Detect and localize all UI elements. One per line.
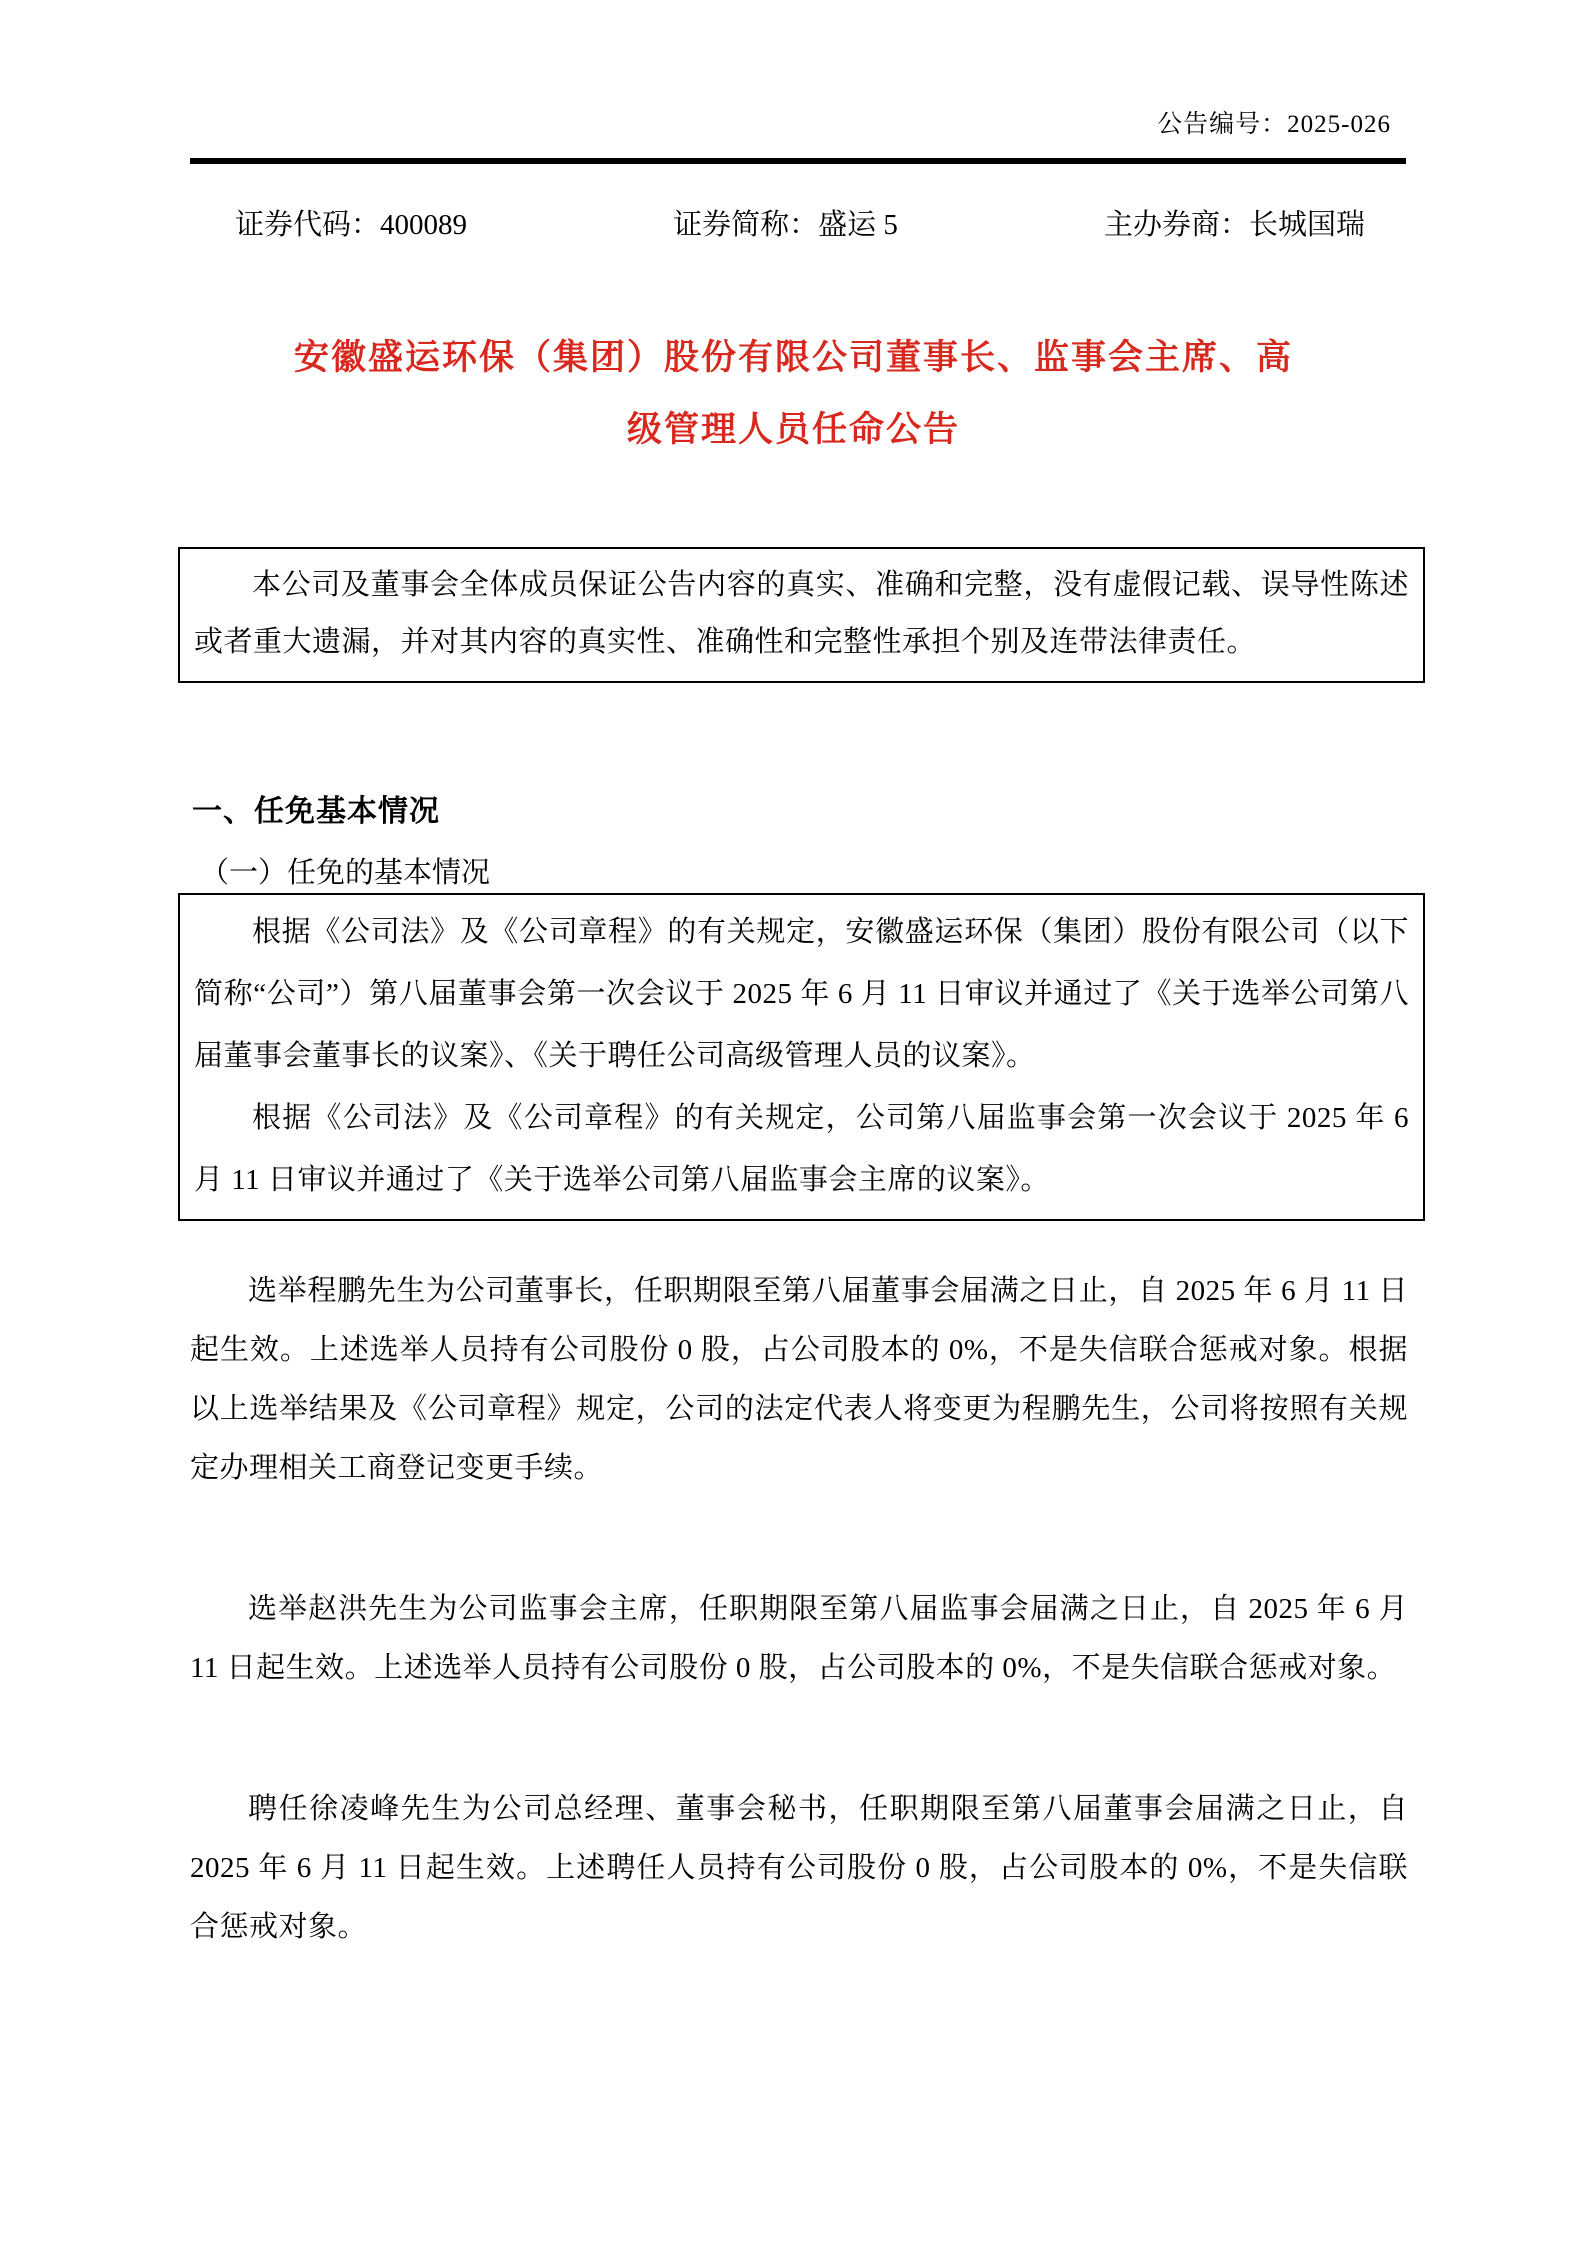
stock-short-name: 证券简称：盛运 5 bbox=[673, 202, 898, 243]
disclaimer-box: 本公司及董事会全体成员保证公告内容的真实、准确和完整，没有虚假记载、误导性陈述或… bbox=[178, 547, 1425, 683]
paragraph-chairman-election: 选举程鹏先生为公司董事长，任职期限至第八届董事会届满之日止，自 2025 年 6… bbox=[190, 1262, 1408, 1498]
body-paragraphs: 选举程鹏先生为公司董事长，任职期限至第八届董事会届满之日止，自 2025 年 6… bbox=[190, 1262, 1408, 1957]
announcement-page: 公告编号：2025-026 证券代码：400089 证券简称：盛运 5 主办券商… bbox=[0, 0, 1587, 2245]
resolution-box: 根据《公司法》及《公司章程》的有关规定，安徽盛运环保（集团）股份有限公司（以下简… bbox=[178, 893, 1425, 1221]
resolution-paragraph-supervisory: 根据《公司法》及《公司章程》的有关规定，公司第八届监事会第一次会议于 2025 … bbox=[194, 1087, 1409, 1211]
lead-broker: 主办券商：长城国瑞 bbox=[1104, 202, 1365, 243]
stock-code: 证券代码：400089 bbox=[235, 202, 467, 243]
document-title-line-2: 级管理人员任命公告 bbox=[90, 394, 1497, 466]
section-subheading: （一）任免的基本情况 bbox=[200, 850, 490, 891]
header-divider bbox=[190, 158, 1406, 164]
resolution-paragraph-board: 根据《公司法》及《公司章程》的有关规定，安徽盛运环保（集团）股份有限公司（以下简… bbox=[194, 901, 1409, 1087]
document-title: 安徽盛运环保（集团）股份有限公司董事长、监事会主席、高 级管理人员任命公告 bbox=[90, 322, 1497, 466]
announcement-number: 公告编号：2025-026 bbox=[1157, 104, 1391, 140]
section-heading: 一、任免基本情况 bbox=[192, 786, 440, 830]
disclaimer-text: 本公司及董事会全体成员保证公告内容的真实、准确和完整，没有虚假记载、误导性陈述或… bbox=[194, 569, 1409, 658]
paragraph-gm-appointment: 聘任徐凌峰先生为公司总经理、董事会秘书，任职期限至第八届董事会届满之日止，自 2… bbox=[190, 1780, 1408, 1957]
paragraph-supervisor-election: 选举赵洪先生为公司监事会主席，任职期限至第八届监事会届满之日止，自 2025 年… bbox=[190, 1580, 1408, 1698]
document-title-line-1: 安徽盛运环保（集团）股份有限公司董事长、监事会主席、高 bbox=[90, 322, 1497, 394]
securities-info-row: 证券代码：400089 证券简称：盛运 5 主办券商：长城国瑞 bbox=[235, 202, 1365, 243]
